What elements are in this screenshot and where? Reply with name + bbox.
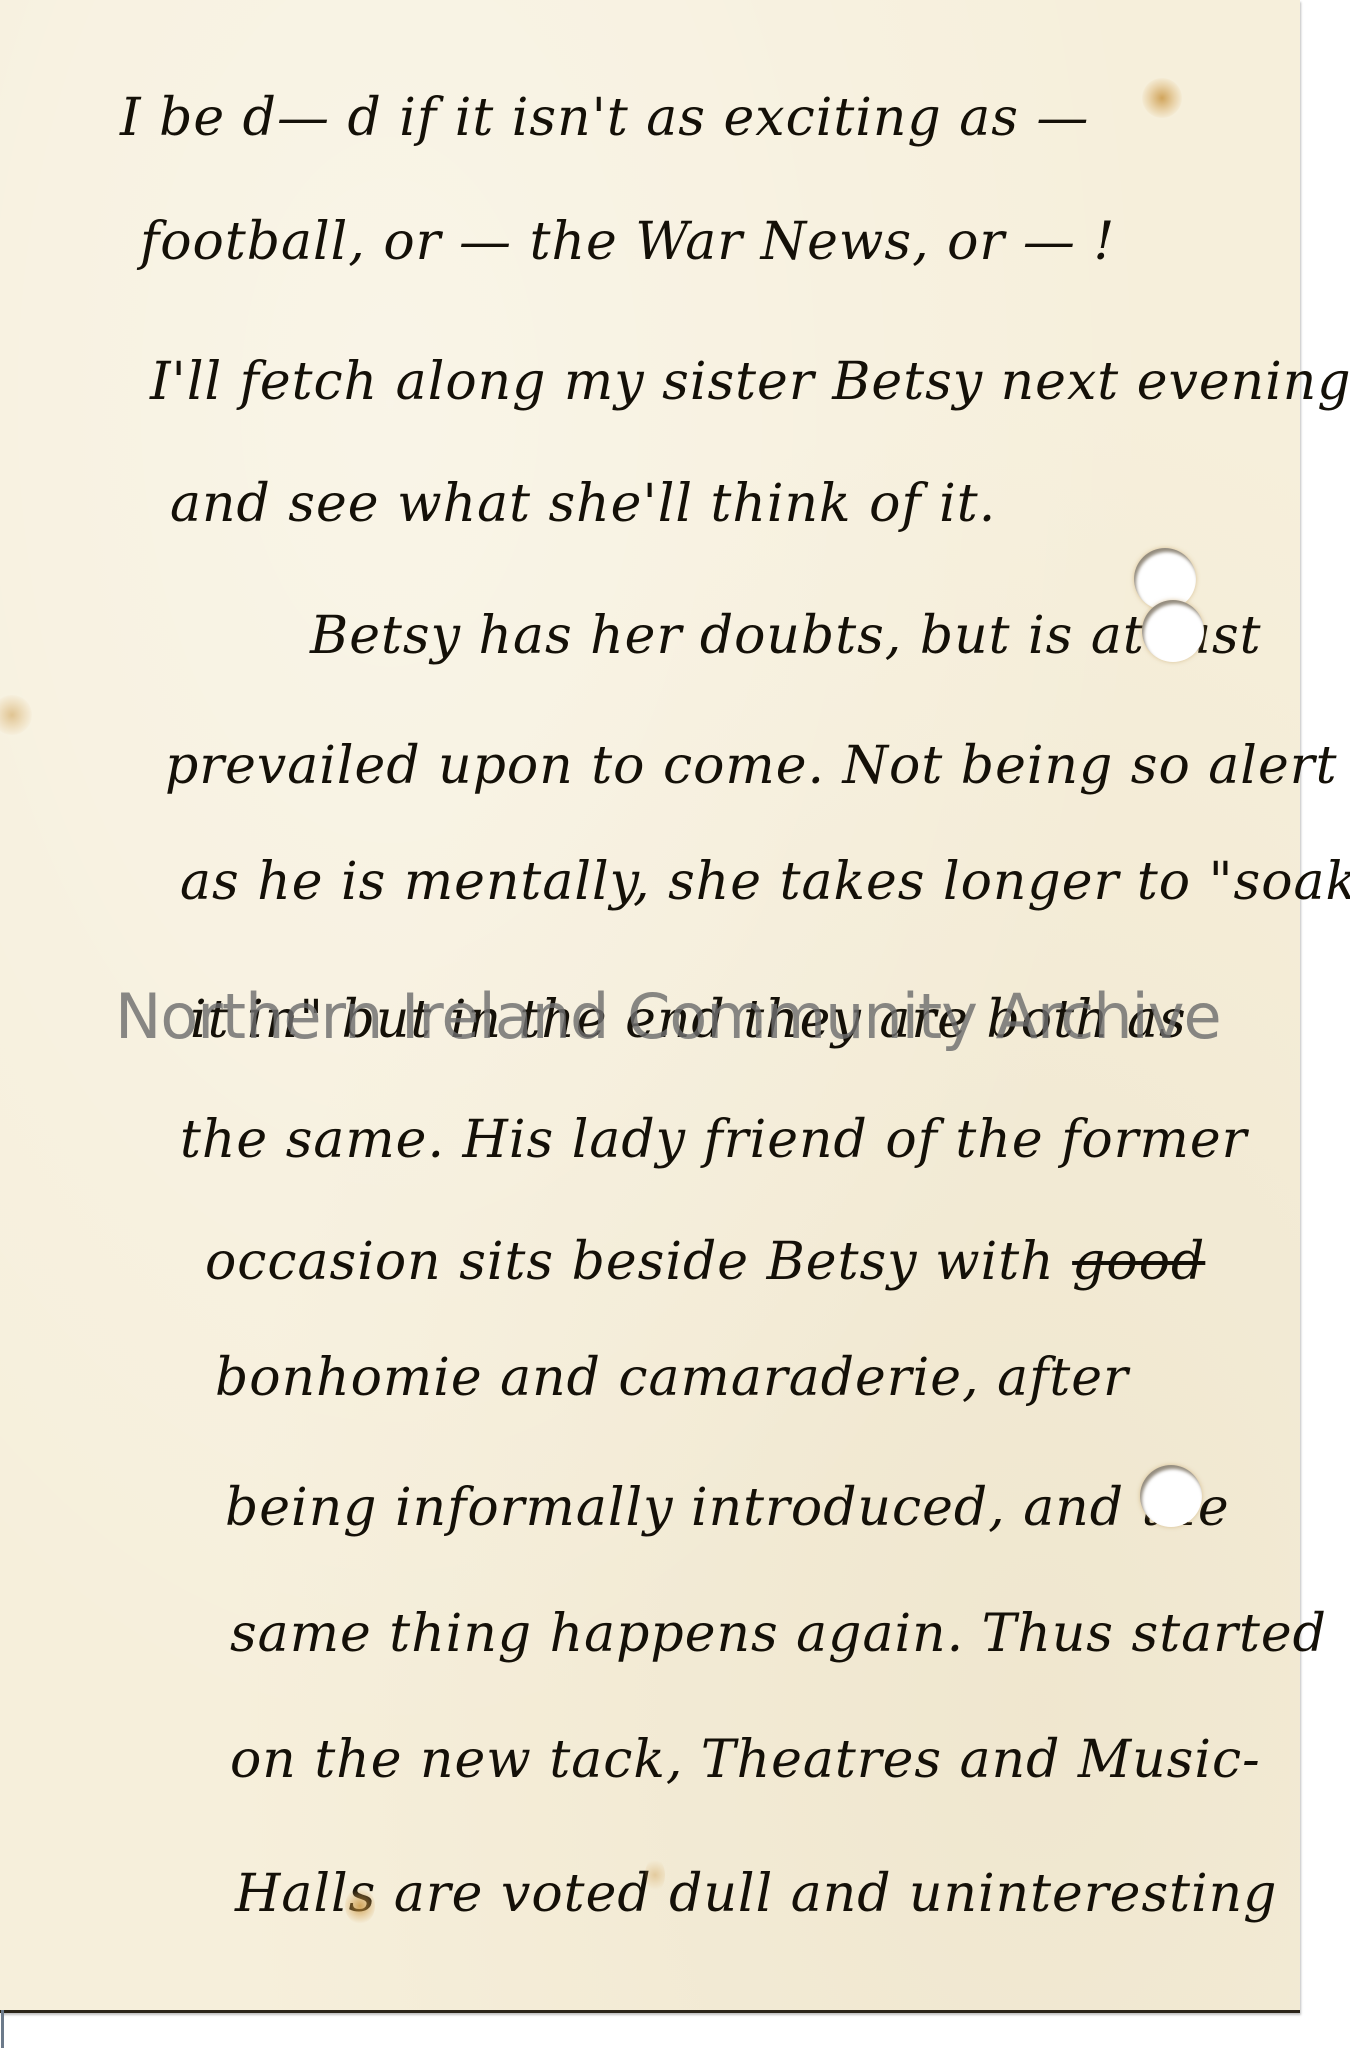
handwritten-line-6: prevailed upon to come. Not being so ale… <box>165 736 1337 796</box>
faint-stain-bottom-center <box>645 1858 665 1892</box>
scan-edge-line <box>1 2010 4 2048</box>
rust-stain-left-margin <box>0 695 32 735</box>
rust-stain-top-right <box>1142 78 1182 118</box>
rust-stain-bottom <box>345 1888 375 1924</box>
handwritten-line-1: I be d— d if it isn't as exciting as — <box>120 88 1270 148</box>
struck-word: good <box>1072 1232 1205 1292</box>
punch-hole-lower <box>1140 1465 1202 1527</box>
letter-page: I be d— d if it isn't as exciting as — f… <box>0 0 1300 2013</box>
handwritten-line-9: the same. His lady friend of the former <box>180 1110 1247 1170</box>
punch-hole-upper-b <box>1142 600 1204 662</box>
handwritten-line-4: and see what she'll think of it. <box>170 474 996 534</box>
handwritten-line-3: I'll fetch along my sister Betsy next ev… <box>150 352 1350 412</box>
handwritten-line-7: as he is mentally, she takes longer to "… <box>180 852 1350 912</box>
handwritten-line-10: occasion sits beside Betsy with good <box>205 1232 1205 1292</box>
handwritten-line-11: bonhomie and camaraderie, after <box>215 1348 1129 1408</box>
handwritten-line-12: being informally introduced, and the <box>225 1478 1230 1538</box>
archive-watermark: Northern Ireland Community Archive <box>115 982 1225 1052</box>
handwritten-line-14: on the new tack, Theatres and Music- <box>230 1730 1261 1790</box>
handwritten-line-15: Halls are voted dull and uninteresting <box>235 1864 1277 1924</box>
handwritten-line-5: Betsy has her doubts, but is at last <box>310 606 1262 666</box>
handwritten-line-13: same thing happens again. Thus started <box>230 1604 1327 1664</box>
handwritten-line-2: football, or — the War News, or — ! <box>140 212 1115 272</box>
line-10-text: occasion sits beside Betsy with <box>205 1232 1055 1292</box>
